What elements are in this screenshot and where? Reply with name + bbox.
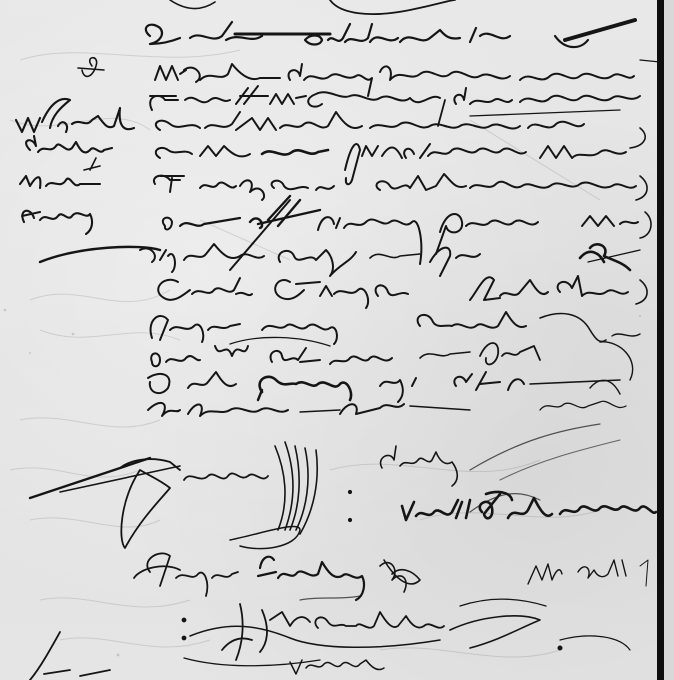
document-page: Nrabriel darict et Ueber trochon Le [xxx… bbox=[0, 0, 674, 680]
margin-note-line: Nrabriel bbox=[16, 100, 85, 119]
entry-line-12 bbox=[148, 372, 620, 402]
entry-line-13 bbox=[148, 401, 626, 416]
handwriting-ink bbox=[0, 0, 674, 680]
entry-line-8 bbox=[140, 244, 640, 276]
entry-line-4 bbox=[156, 110, 645, 148]
margin-note-line: Ueber bbox=[16, 157, 85, 176]
signature-darict bbox=[381, 446, 458, 486]
bottom-left-fragment bbox=[30, 632, 110, 680]
entry-line-9 bbox=[158, 276, 647, 308]
page-edge-rule bbox=[657, 0, 664, 680]
page-edge-margin bbox=[664, 0, 674, 680]
signature-chaubier bbox=[183, 599, 631, 674]
entry-line-7 bbox=[163, 196, 651, 270]
entry-line-10 bbox=[151, 312, 640, 344]
entry-line-5 bbox=[156, 144, 626, 184]
margin-mark bbox=[78, 58, 104, 77]
entry-line-3 bbox=[150, 86, 640, 126]
signature-trochon bbox=[30, 442, 317, 549]
signature-anger-trochon bbox=[134, 553, 420, 600]
entry-line-1 bbox=[146, 20, 660, 62]
margin-note-line: trochon bbox=[16, 176, 85, 195]
entry-line-6 bbox=[154, 174, 647, 200]
entry-line-11 bbox=[151, 337, 632, 380]
margin-note-line: darict bbox=[16, 119, 85, 138]
margin-note-line: et bbox=[16, 138, 85, 157]
signature-bault bbox=[528, 560, 648, 586]
entry-line-2 bbox=[155, 64, 634, 96]
signature-clermond bbox=[402, 492, 656, 520]
